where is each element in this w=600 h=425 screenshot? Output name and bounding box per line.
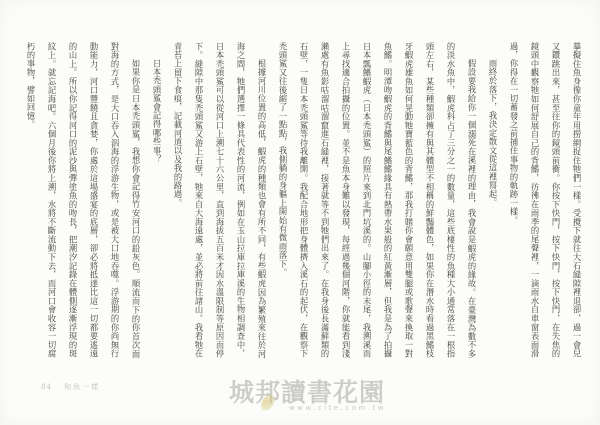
paragraph: 根據河川位置的高低，鰕虎的種類也會有所不同，有些鰕虎因為繁殖來往於河海之間，牠們…	[167, 42, 272, 358]
article-text: 摹擬住魚身像你童年用撈網捉住牠們一樣。受攪下就往大石縫隙裡退卻，過一會兒又鑽跳出…	[18, 42, 587, 358]
paragraph: 如果你是日本禿頭鯊，我想你會記得竹安河口的鉛灰色。順流而下的你首次面對海的方式，…	[20, 42, 146, 358]
publisher-watermark: 城邦讀書花園 www.cite.com.tw	[222, 379, 392, 412]
watermark-url: www.cite.com.tw	[222, 404, 392, 412]
leaf-icon	[258, 393, 278, 412]
watermark-title: 城邦讀書花園	[222, 379, 392, 406]
paragraph: 日本禿頭鯊會記得哪些事？	[146, 42, 167, 358]
paragraph: 摹擬住魚身像你童年用撈網捉住牠們一樣。受攪下就往大石縫隙裡退卻，過一會兒又鑽跳出…	[503, 42, 587, 358]
book-page: 摹擬住魚身像你童年用撈網捉住牠們一樣。受攪下就往大石縫隙裡退卻，過一會兒又鑽跳出…	[0, 0, 600, 425]
page-number: 84	[41, 383, 52, 391]
page-footer: 84 和魚一樣	[41, 382, 100, 392]
paragraph: 如果你是日本禿頭鯊，我想你將在福德坑溪與瑪鋉溪的匯流處徘徊，有時因為福	[18, 42, 20, 358]
paragraph: 雨終於落下，我決定散文從這裡寫起。	[482, 42, 503, 358]
paragraph: 假設要我給你一個溺死在溪裡的理由，我會說是鰕虎的緣故。在臺灣為數不多的淡水魚中，…	[272, 42, 482, 358]
running-title: 和魚一樣	[64, 383, 100, 391]
